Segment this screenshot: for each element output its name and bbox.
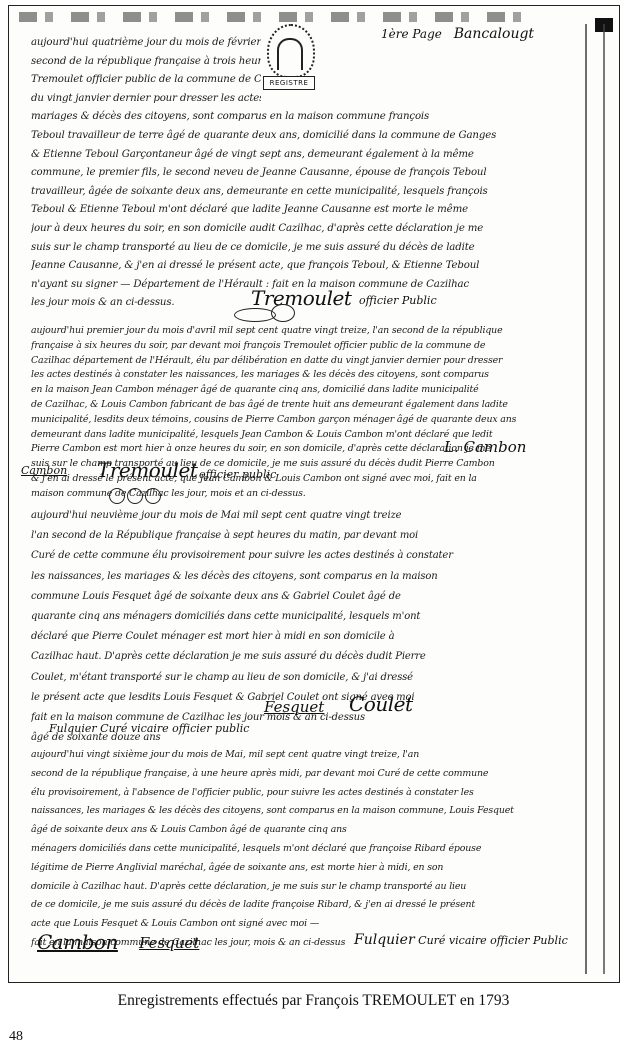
death-record-4: aujourd'hui vingt sixième jour du mois d… xyxy=(31,746,586,953)
record-line: les naissances, les mariages & les décès… xyxy=(31,567,586,587)
signature-tremoulet-1: Tremoulet xyxy=(251,286,351,310)
record-line: & Etienne Teboul Garçontaneur âgé de vin… xyxy=(31,146,586,165)
record-line: jour à deux heures du soir, en son domic… xyxy=(31,220,586,239)
record-line: déclaré que Pierre Coulet ménager est mo… xyxy=(31,627,586,647)
record-line: municipalité, lesdits deux témoins, cous… xyxy=(31,413,586,428)
paraph-flourish xyxy=(109,488,125,504)
record-line: l'an second de la République française à… xyxy=(31,526,586,546)
record-line: Teboul & Etienne Teboul m'ont déclaré qu… xyxy=(31,201,586,220)
signature-fulquier-2: Fulquier Curé vicaire officier Public xyxy=(354,932,568,948)
signature-cambon-2: Cambon xyxy=(37,930,118,954)
signature-tremoulet-2: Tremoulet xyxy=(97,458,197,482)
record-line: aujourd'hui vingt sixième jour du mois d… xyxy=(31,746,586,765)
paraph-flourish xyxy=(145,488,161,504)
page-number: 48 xyxy=(9,1029,23,1045)
record-line: de Cazilhac, & Louis Cambon fabricant de… xyxy=(31,398,586,413)
record-line: naissances, les mariages & les décès des… xyxy=(31,802,586,821)
record-line: quarante cinq ans ménagers domiciliés da… xyxy=(31,607,586,627)
record-line: Jeanne Causanne, & j'en ai dressé le pré… xyxy=(31,257,586,276)
record-line: en la maison Jean Cambon ménager âgé de … xyxy=(31,383,586,398)
signature-fulquier-1: Fulquier Curé vicaire officier public xyxy=(49,722,249,735)
signature-fesquet-2: Fesquet xyxy=(139,934,199,952)
death-record-1: aujourd'hui quatrième jour du mois de fé… xyxy=(31,34,586,313)
record-line: second de la république française à troi… xyxy=(31,53,261,72)
signature-name: Fulquier xyxy=(354,932,415,948)
record-line: second de la république française, à une… xyxy=(31,765,586,784)
signature-role: officier Public xyxy=(359,294,437,307)
record-line: commune Louis Fesquet âgé de soixante de… xyxy=(31,587,586,607)
signature-name: Fulquier xyxy=(49,722,97,735)
record-line: aujourd'hui quatrième jour du mois de fé… xyxy=(31,34,261,53)
record-line: Coulet, m'étant transporté sur le champ … xyxy=(31,668,586,688)
document-scan: REGISTRE 1ère Page Bancalougt aujourd'hu… xyxy=(8,5,620,983)
record-line: Tremoulet officier public de la commune … xyxy=(31,71,261,90)
paraph-flourish xyxy=(234,308,276,322)
record-line: Curé de cette commune élu provisoirement… xyxy=(31,546,586,566)
record-line: du vingt janvier dernier pour dresser le… xyxy=(31,90,261,109)
record-line: travailleur, âgée de soixante deux ans, … xyxy=(31,183,586,202)
record-line: mariages & décès des citoyens, sont comp… xyxy=(31,108,586,127)
paraph-flourish xyxy=(271,304,295,322)
signature-role: officier public xyxy=(199,468,276,481)
record-line: commune, le premier fils, le second neve… xyxy=(31,164,586,183)
signature-coulet: Coulet xyxy=(349,692,413,716)
record-line: ménagers domiciliés dans cette municipal… xyxy=(31,840,586,859)
record-line: aujourd'hui premier jour du mois d'avril… xyxy=(31,324,586,339)
record-line: légitime de Pierre Anglivial maréchal, â… xyxy=(31,859,586,878)
record-line: aujourd'hui neuvième jour du mois de Mai… xyxy=(31,506,586,526)
record-line: domicile à Cazilhac haut. D'après cette … xyxy=(31,878,586,897)
torn-right-edge xyxy=(585,24,605,974)
torn-top-edge xyxy=(19,12,539,22)
record-line: Teboul travailleur de terre âgé de quara… xyxy=(31,127,586,146)
paraph-flourish xyxy=(127,488,143,504)
signature-role: Curé vicaire officier Public xyxy=(418,934,568,947)
signature-l-cambon: L. Cambon xyxy=(444,438,526,456)
signature-fesquet-1: Fesquet xyxy=(264,698,324,716)
record-line: de ce domicile, je me suis assuré du déc… xyxy=(31,896,586,915)
figure-caption: Enregistrements effectués par François T… xyxy=(0,992,627,1010)
signature-role: Curé vicaire officier public xyxy=(100,722,249,735)
record-line: suis sur le champ transporté au lieu de … xyxy=(31,239,586,258)
signature-cambon: Cambon xyxy=(21,464,67,477)
record-line: française à six heures du soir, par deva… xyxy=(31,339,586,354)
record-line: âgé de soixante deux ans & Louis Cambon … xyxy=(31,821,586,840)
record-line: élu provisoirement, à l'absence de l'off… xyxy=(31,784,586,803)
record-line: Cazilhac haut. D'après cette déclaration… xyxy=(31,647,586,667)
record-line: Cazilhac département de l'Hérault, élu p… xyxy=(31,354,586,369)
record-line: les actes destinés à constater les naiss… xyxy=(31,368,586,383)
